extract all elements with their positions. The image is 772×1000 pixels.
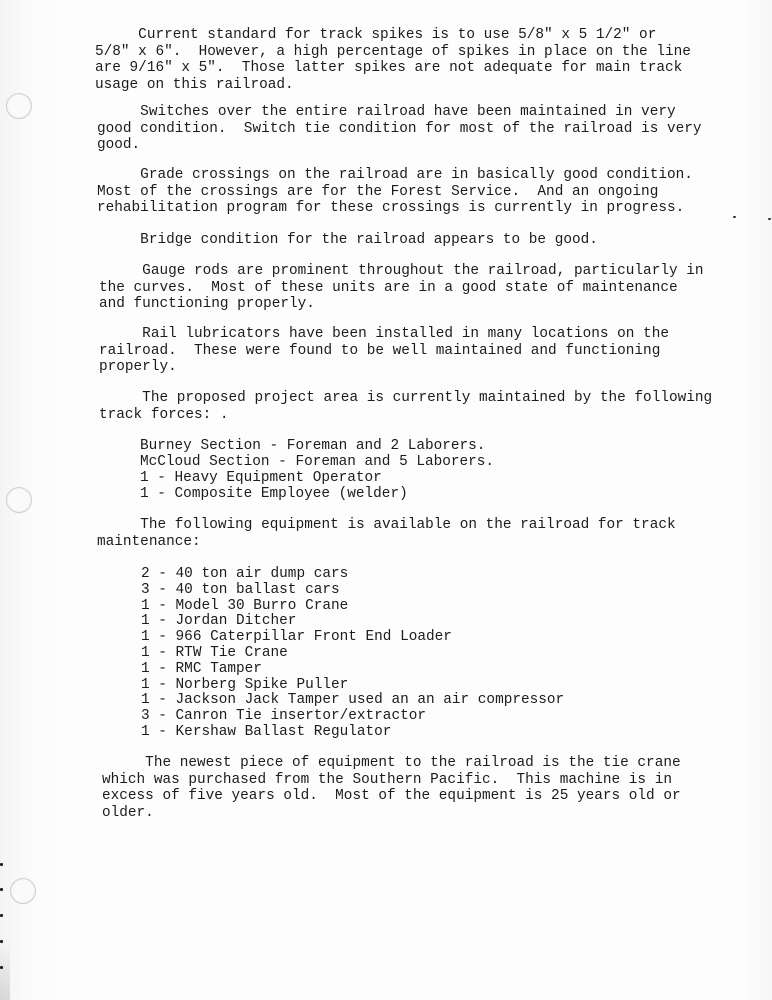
paragraph-line: Rail lubricators have been installed in … xyxy=(99,326,669,342)
paragraph-line: The newest piece of equipment to the rai… xyxy=(102,755,681,771)
equipment-item: 2 - 40 ton air dump cars xyxy=(141,566,348,582)
scan-shadow xyxy=(0,940,10,1000)
punch-hole xyxy=(10,878,36,904)
paragraph-line: good. xyxy=(97,137,140,153)
paragraph-line: which was purchased from the Southern Pa… xyxy=(102,772,672,788)
paragraph-line: excess of five years old. Most of the eq… xyxy=(102,788,681,804)
track-force-item: McCloud Section - Foreman and 5 Laborers… xyxy=(140,454,494,470)
equipment-item: 1 - Norberg Spike Puller xyxy=(141,677,348,693)
paragraph-line: rehabilitation program for these crossin… xyxy=(97,200,684,216)
paragraph-line: and functioning properly. xyxy=(99,296,315,312)
track-force-item: 1 - Heavy Equipment Operator xyxy=(140,470,382,486)
punch-hole xyxy=(6,93,32,119)
equipment-item: 1 - Model 30 Burro Crane xyxy=(141,598,348,614)
paragraph-line: Switches over the entire railroad have b… xyxy=(97,104,676,120)
paragraph-line: Most of the crossings are for the Forest… xyxy=(97,184,658,200)
scan-speck xyxy=(768,218,771,220)
track-force-item: Burney Section - Foreman and 2 Laborers. xyxy=(140,438,485,454)
edge-speck xyxy=(0,863,3,866)
paragraph-line: The following equipment is available on … xyxy=(97,517,676,533)
paragraph-line: the curves. Most of these units are in a… xyxy=(99,280,678,296)
edge-speck xyxy=(0,888,3,891)
document-page: Current standard for track spikes is to … xyxy=(0,0,772,1000)
edge-speck xyxy=(0,914,3,917)
punch-hole xyxy=(6,487,32,513)
paragraph-line: Gauge rods are prominent throughout the … xyxy=(99,263,704,279)
scan-speck xyxy=(733,216,736,218)
equipment-item: 1 - Jordan Ditcher xyxy=(141,613,296,629)
paragraph-line: usage on this railroad. xyxy=(95,77,294,93)
paragraph-line: older. xyxy=(102,805,154,821)
paragraph-line: The proposed project area is currently m… xyxy=(99,390,712,406)
equipment-item: 1 - RMC Tamper xyxy=(141,661,262,677)
equipment-item: 1 - Kershaw Ballast Regulator xyxy=(141,724,391,740)
paragraph-line: Grade crossings on the railroad are in b… xyxy=(97,167,693,183)
paragraph-line: good condition. Switch tie condition for… xyxy=(97,121,702,137)
equipment-item: 3 - Canron Tie insertor/extractor xyxy=(141,708,426,724)
paragraph-line: railroad. These were found to be well ma… xyxy=(99,343,660,359)
equipment-item: 1 - 966 Caterpillar Front End Loader xyxy=(141,629,452,645)
paragraph-line: maintenance: xyxy=(97,534,201,550)
track-force-item: 1 - Composite Employee (welder) xyxy=(140,486,408,502)
paragraph-line: 5/8" x 6". However, a high percentage of… xyxy=(95,44,691,60)
paragraph-line: are 9/16" x 5". Those latter spikes are … xyxy=(95,60,682,76)
paragraph-line: Bridge condition for the railroad appear… xyxy=(97,232,598,248)
paragraph-line: Current standard for track spikes is to … xyxy=(95,27,656,43)
equipment-item: 3 - 40 ton ballast cars xyxy=(141,582,340,598)
equipment-item: 1 - RTW Tie Crane xyxy=(141,645,288,661)
paragraph-line: track forces: . xyxy=(99,407,229,423)
equipment-item: 1 - Jackson Jack Tamper used an an air c… xyxy=(141,692,564,708)
paragraph-line: properly. xyxy=(99,359,177,375)
